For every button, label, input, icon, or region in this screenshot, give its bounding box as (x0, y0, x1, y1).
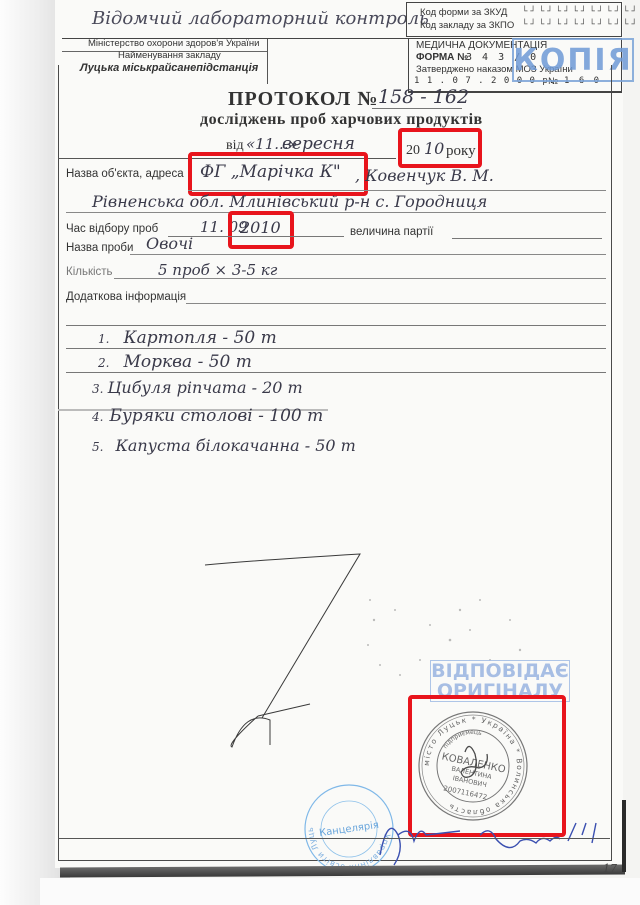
scan-right-edge (622, 800, 626, 872)
stamp-line-1: ВІДПОВІДАЄ (431, 661, 569, 681)
page-number: 17 (603, 862, 617, 875)
signature-line (58, 838, 610, 839)
blue-signature (370, 795, 610, 875)
